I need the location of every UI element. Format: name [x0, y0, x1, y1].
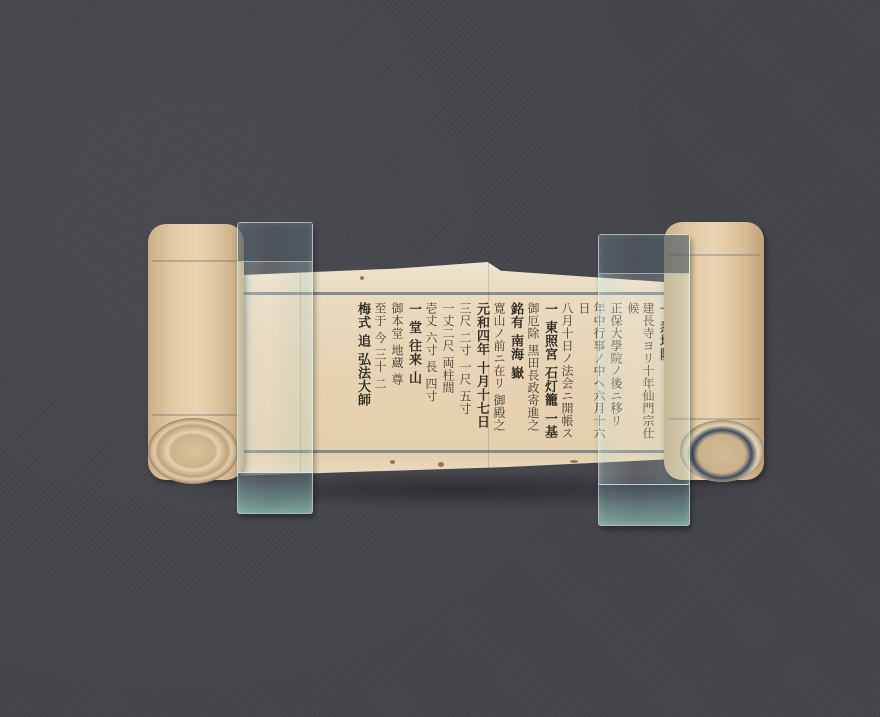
text-column: 八月十日ノ法会ニ開帳ス	[559, 302, 574, 447]
text-column: 一丈二尺 両柱間	[440, 302, 455, 447]
roll-rule-line	[152, 260, 240, 262]
roll-rule-line	[152, 414, 240, 416]
foxing-spot	[360, 276, 364, 280]
right-glass-weight	[598, 234, 690, 526]
text-column: 銘有 南海 嶽	[508, 302, 523, 447]
text-column: 至于 今 三十 二	[372, 302, 387, 447]
text-column: 御厄除 黒田長政寄進之	[525, 302, 540, 447]
foxing-spot	[390, 460, 395, 464]
text-column: 梅式 追 弘法大師	[355, 302, 370, 447]
text-column: 元和四年 十月十七日	[474, 302, 489, 447]
glass-bottom-face	[599, 484, 689, 525]
glass-top-face	[599, 235, 689, 274]
left-glass-weight	[237, 222, 313, 514]
text-column: 三尺 二寸 一尺 五寸	[457, 302, 472, 447]
right-roll-end	[680, 420, 764, 482]
glass-bottom-face	[238, 472, 312, 513]
glass-top-face	[238, 223, 312, 262]
text-column: 壱丈 六寸 長 四寸	[423, 302, 438, 447]
text-column: 御本堂 地蔵 尊	[389, 302, 404, 447]
foxing-spot	[438, 462, 444, 467]
text-column: 寛山ノ前ニ在リ 御殿之	[491, 302, 506, 447]
text-column: 一 堂 往来 山	[406, 302, 421, 447]
text-column: 一 東照宮 石灯籠 一基	[542, 302, 557, 447]
photo-scene: 一 悉地院 建長寺ヨリ十年仙門宗仕候 正保大學院ノ後ニ移リ 年中行事ノ中ヘ六月十…	[0, 0, 880, 717]
foxing-spot	[570, 460, 578, 463]
left-roll-end	[148, 418, 238, 484]
